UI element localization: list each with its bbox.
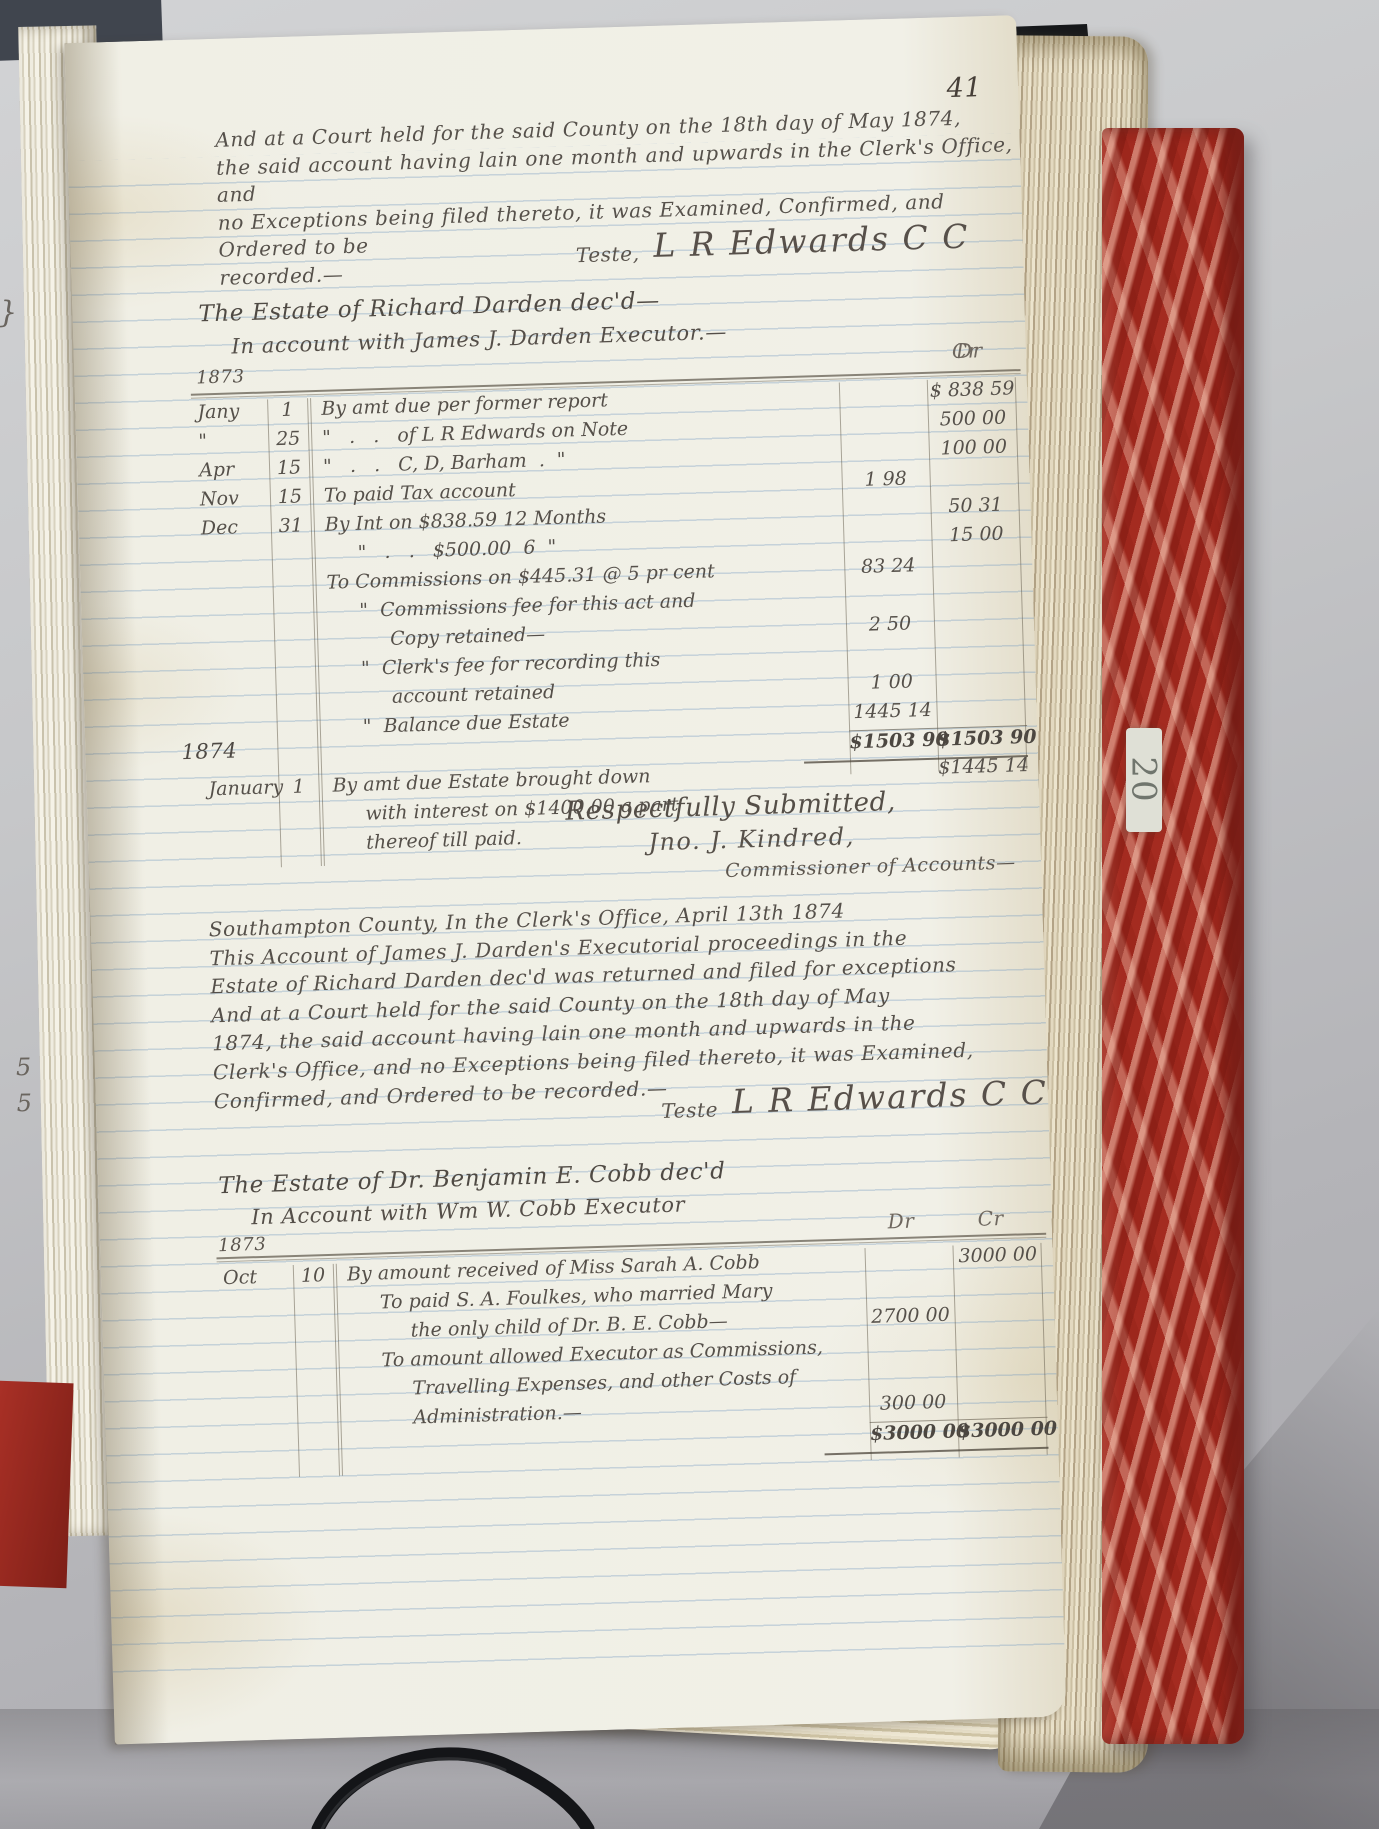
cell-month <box>221 1323 296 1354</box>
cell-debit <box>868 1361 957 1393</box>
cell-debit: 1 00 <box>847 670 936 702</box>
cell-debit <box>867 1332 956 1364</box>
book-back-cover <box>1102 128 1244 1744</box>
cell-debit: 2700 00 <box>866 1303 955 1335</box>
cell-debit <box>864 1245 953 1277</box>
teste-label: Teste, <box>576 241 640 267</box>
fore-edge-label: 20 <box>1126 728 1162 832</box>
cell-day <box>277 746 318 776</box>
cell-month <box>197 544 272 575</box>
cell-month <box>206 834 281 865</box>
cell-credit <box>957 1388 1048 1420</box>
cell-month: Jany <box>193 399 268 430</box>
dr-column-label: Dr <box>887 1209 914 1234</box>
cr-column-label: Cr <box>977 1206 1004 1231</box>
cell-credit <box>955 1330 1046 1362</box>
cell-day <box>294 1322 335 1352</box>
cell-day <box>276 688 317 718</box>
teste-label: Teste <box>661 1097 718 1123</box>
cr-column-label: Cr <box>952 338 979 363</box>
cell-day: 1 <box>267 398 308 428</box>
cell-day: 15 <box>270 485 311 515</box>
cell-day <box>275 659 316 689</box>
year-label-1874: 1874 <box>181 738 238 764</box>
margin-fragment: 5 <box>16 1089 32 1117</box>
cell-credit <box>936 696 1027 728</box>
total-credit: $1503 90 <box>937 725 1028 757</box>
cell-debit <box>842 496 931 528</box>
volume-number-label: 20 <box>1124 756 1164 803</box>
cell-debit: 1445 14 <box>848 699 937 731</box>
cell-credit <box>956 1359 1047 1391</box>
cell-debit: 2 50 <box>846 612 935 644</box>
cell-credit: 15 00 <box>931 522 1022 554</box>
cell-day: 31 <box>271 514 312 544</box>
total-debit: $3000 00 <box>870 1419 959 1451</box>
cell-credit <box>933 580 1024 612</box>
cell-day: 25 <box>268 427 309 457</box>
cell-month: Apr <box>195 457 270 488</box>
cell-day <box>297 1409 338 1439</box>
cell-debit: 83 24 <box>844 554 933 586</box>
year-label-1873-cobb: 1873 <box>218 1234 267 1256</box>
cell-month <box>221 1352 296 1383</box>
cell-debit <box>845 583 934 615</box>
cell-credit: 500 00 <box>928 406 1019 438</box>
cell-debit <box>843 525 932 557</box>
cell-month: January <box>204 776 279 807</box>
cell-day <box>277 717 318 747</box>
darden-account-table: Jany 1 By amt due per former report $ 83… <box>193 377 1030 865</box>
cell-credit <box>935 667 1026 699</box>
cell-month <box>199 602 274 633</box>
cell-credit <box>954 1301 1045 1333</box>
cell-month: Dec <box>197 515 272 546</box>
cell-day <box>298 1438 339 1468</box>
cell-credit <box>935 638 1026 670</box>
cell-debit: 1 98 <box>841 467 930 499</box>
cell-month <box>205 805 280 836</box>
cell-month <box>201 660 276 691</box>
cell-day: 10 <box>293 1264 334 1294</box>
page-number: 41 <box>946 72 982 104</box>
cover-corner-bottom-left <box>0 1381 74 1588</box>
photo-scene: } 5 5 20 41 And at a Court held for the … <box>0 0 1379 1829</box>
cover-board-edge <box>1218 128 1244 1744</box>
cell-day <box>272 572 313 602</box>
cell-debit: 300 00 <box>869 1390 958 1422</box>
year-label-1873: 1873 <box>196 366 245 388</box>
cell-debit <box>852 815 941 847</box>
cell-credit <box>953 1272 1044 1304</box>
cell-debit <box>839 380 928 412</box>
margin-fragment: 5 <box>16 1053 32 1081</box>
cell-month <box>202 689 277 720</box>
cell-day <box>294 1293 335 1323</box>
cell-month: " <box>194 428 269 459</box>
cell-month <box>200 631 275 662</box>
cell-day <box>280 833 321 863</box>
cell-month <box>222 1381 297 1412</box>
cell-month: Oct <box>219 1265 294 1296</box>
cell-credit: 100 00 <box>928 435 1019 467</box>
cobb-account-table: Oct 10 By amount received of Miss Sarah … <box>219 1243 1049 1470</box>
cell-day <box>296 1380 337 1410</box>
total-debit: $1503 90 <box>849 728 938 760</box>
cell-day <box>271 543 312 573</box>
ledger-page: 41 And at a Court held for the said Coun… <box>64 15 1066 1744</box>
total-credit: $3000 00 <box>958 1417 1049 1449</box>
cell-credit <box>932 551 1023 583</box>
cell-credit <box>934 609 1025 641</box>
cell-day <box>273 601 314 631</box>
cell-credit: 50 31 <box>930 493 1021 525</box>
cell-day: 15 <box>269 456 310 486</box>
cell-day <box>274 630 315 660</box>
margin-fragment: } <box>0 295 18 330</box>
cell-debit <box>841 438 930 470</box>
cell-month <box>224 1439 299 1470</box>
cell-day <box>279 804 320 834</box>
cell-credit <box>929 464 1020 496</box>
cell-day: 1 <box>278 775 319 805</box>
cell-debit <box>865 1274 954 1306</box>
cell-day <box>295 1351 336 1381</box>
cell-month <box>220 1294 295 1325</box>
cell-month: Nov <box>196 486 271 517</box>
cell-month <box>223 1410 298 1441</box>
cell-debit <box>840 409 929 441</box>
cell-month <box>198 573 273 604</box>
cell-credit <box>939 783 1030 815</box>
cell-debit <box>847 641 936 673</box>
cell-credit <box>940 812 1031 844</box>
cell-credit: 3000 00 <box>952 1243 1043 1275</box>
cell-credit: $ 838 59 <box>927 377 1018 409</box>
